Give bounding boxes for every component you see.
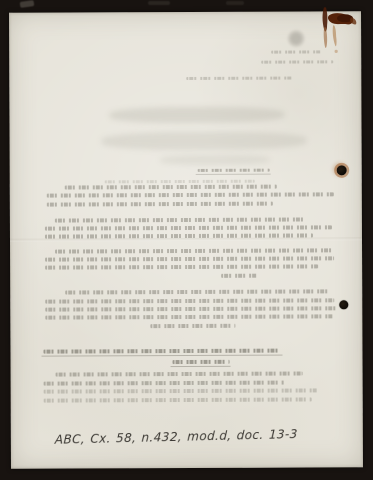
typewritten-line-ghost xyxy=(43,349,281,354)
typewritten-line-ghost xyxy=(150,324,235,328)
typewritten-line-ghost xyxy=(55,217,307,222)
bleedthrough-smudge xyxy=(109,107,284,124)
typewritten-line-ghost xyxy=(45,306,338,311)
typewritten-line-ghost xyxy=(45,298,334,303)
typewritten-line-ghost xyxy=(55,248,333,253)
typewritten-line-ghost xyxy=(65,289,331,294)
typewritten-line-ghost xyxy=(65,185,277,190)
typewritten-line-ghost xyxy=(44,397,312,402)
typewritten-line-ghost xyxy=(45,225,332,230)
fold-crease xyxy=(10,237,362,242)
bleedthrough-smudge xyxy=(102,131,307,150)
bed-mark xyxy=(148,1,170,5)
typewritten-line-ghost xyxy=(56,371,303,376)
rust-stain xyxy=(309,5,361,63)
typewritten-line-ghost xyxy=(173,360,230,364)
typewritten-line-ghost xyxy=(45,314,333,319)
typewritten-line-ghost xyxy=(47,192,334,197)
typewritten-line-ghost xyxy=(186,77,292,80)
typewritten-line-ghost xyxy=(44,381,285,386)
scanner-bed-background: ABC, Cx. 58, n.432, mod.d, doc. 13-3 xyxy=(0,0,373,480)
bed-mark xyxy=(20,0,35,8)
typewritten-line-ghost xyxy=(45,256,334,261)
typewritten-line-ghost xyxy=(105,180,255,184)
typewritten-line-ghost xyxy=(47,202,273,207)
letterhead-emblem-icon xyxy=(287,29,305,47)
typewritten-line-ghost xyxy=(221,274,257,278)
bed-mark xyxy=(226,1,244,5)
typewritten-line-ghost xyxy=(45,264,318,269)
typewritten-line-ghost xyxy=(198,169,270,172)
scanned-document-photo: { "scan": { "annotation": { "text": "ABC… xyxy=(0,0,373,480)
punch-hole xyxy=(337,165,347,175)
bleedthrough-smudge xyxy=(160,155,270,165)
typewritten-line-ghost xyxy=(44,388,318,393)
punch-hole xyxy=(339,300,348,309)
document-page: ABC, Cx. 58, n.432, mod.d, doc. 13-3 xyxy=(9,11,363,469)
handwritten-archive-reference: ABC, Cx. 58, n.432, mod.d, doc. 13-3 xyxy=(55,427,286,446)
